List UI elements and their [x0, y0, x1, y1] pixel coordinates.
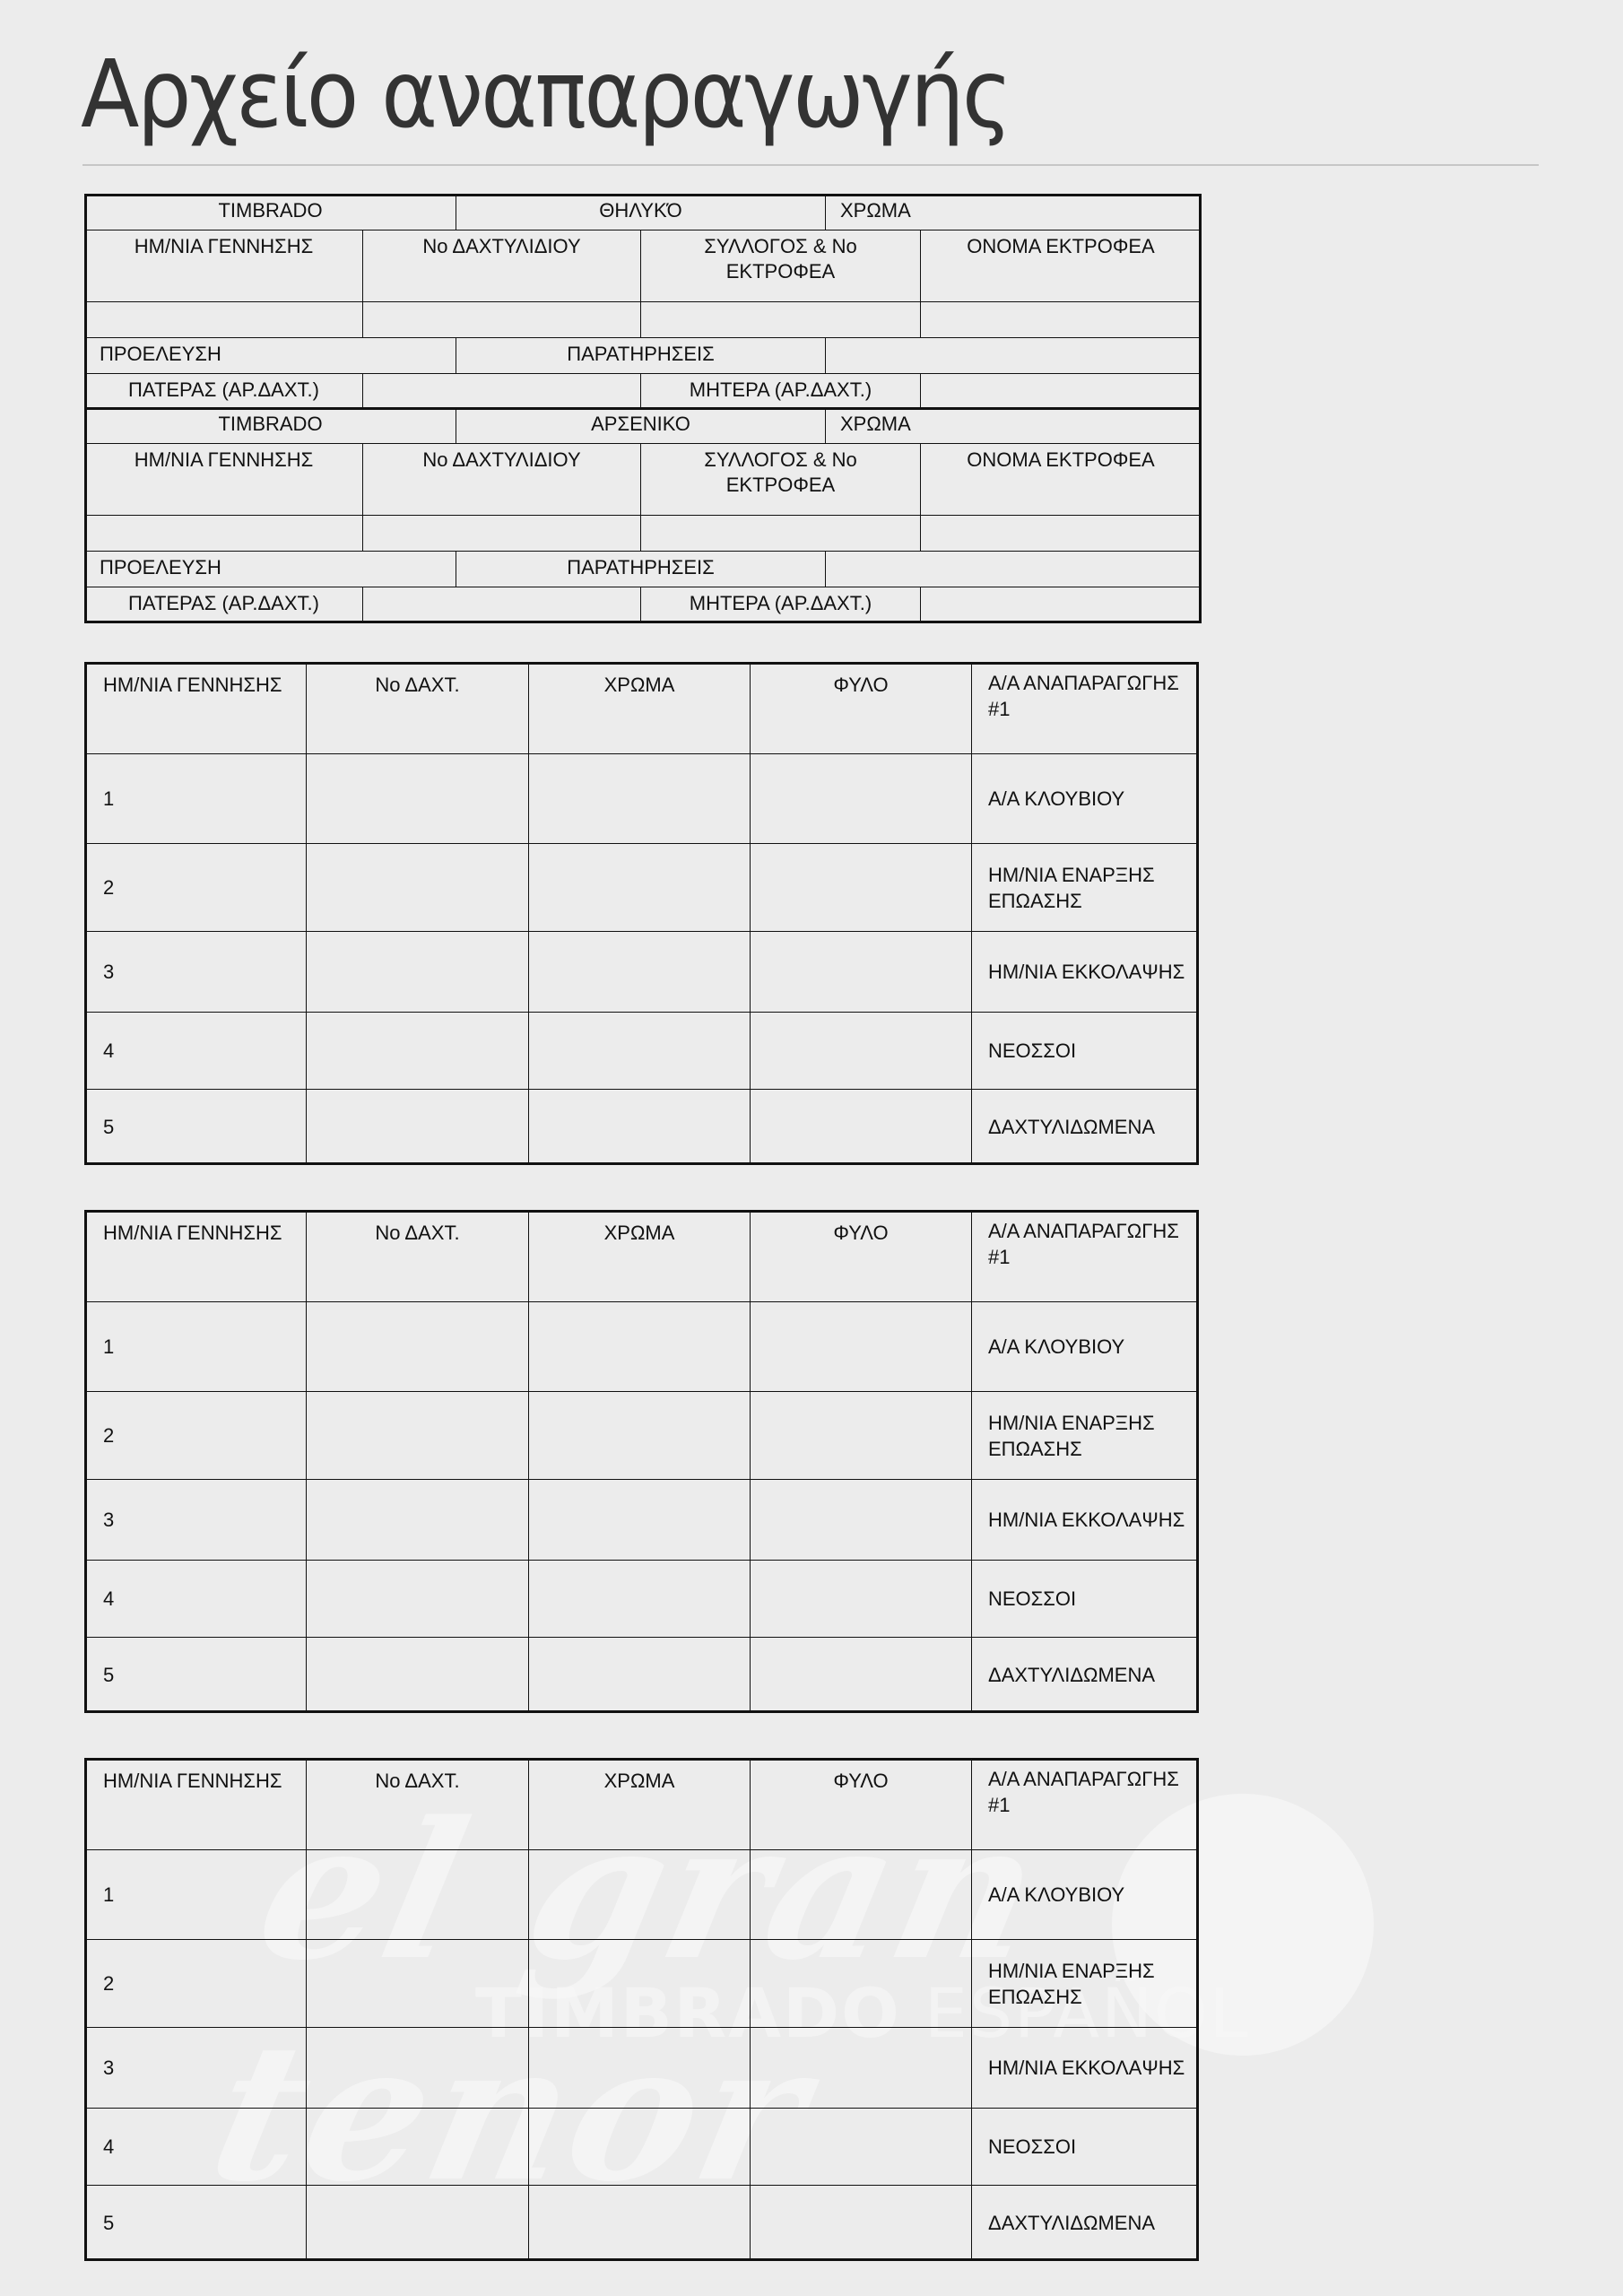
table-cell-field[interactable]	[306, 753, 529, 844]
side-label: ΝΕΟΣΣΟΙ	[971, 1012, 1199, 1090]
table-cell-field[interactable]	[306, 1637, 529, 1713]
side-label: ΗΜ/ΝΙΑ ΕΚΚΟΛΑΨΗΣ	[971, 2027, 1199, 2109]
table-cell-field[interactable]	[528, 1849, 751, 1940]
table-cell-field[interactable]	[306, 1301, 529, 1392]
table-cell-field[interactable]	[750, 2108, 972, 2186]
table-cell-field[interactable]	[750, 1560, 972, 1638]
row-number: 3	[84, 2027, 307, 2109]
ring-number-label: Νο ΔΑΧΤΥΛΙΔΙΟΥ	[362, 443, 641, 516]
row-number: 4	[84, 1012, 307, 1090]
table-cell-field[interactable]	[528, 1012, 751, 1090]
table-cell-field[interactable]	[306, 2108, 529, 2186]
column-header: ΗΜ/ΝΙΑ ΓΕΝΝΗΣΗΣ	[84, 662, 307, 754]
column-header: Νο ΔΑΧΤ.	[306, 1758, 529, 1850]
table-cell-field[interactable]	[528, 753, 751, 844]
page-title: Αρχείο αναπαραγωγής	[81, 36, 1010, 152]
column-header: Νο ΔΑΧΤ.	[306, 1210, 529, 1302]
side-label: ΗΜ/ΝΙΑ ΕΝΑΡΞΗΣ ΕΠΩΑΣΗΣ	[971, 1939, 1199, 2028]
ring-number-label: Νο ΔΑΧΤΥΛΙΔΙΟΥ	[362, 230, 641, 302]
table-cell-field[interactable]	[528, 931, 751, 1013]
side-label: Α/Α ΚΛΟΥΒΙΟΥ	[971, 1849, 1199, 1940]
title-divider	[82, 164, 1539, 166]
table-cell-field[interactable]	[528, 1391, 751, 1480]
side-label: ΔΑΧΤΥΛΙΔΩΜΕΝΑ	[971, 2185, 1199, 2261]
column-header: ΦΥΛΟ	[750, 1210, 972, 1302]
table-cell-field[interactable]	[306, 1849, 529, 1940]
column-header: Νο ΔΑΧΤ.	[306, 662, 529, 754]
column-header: ΗΜ/ΝΙΑ ΓΕΝΝΗΣΗΣ	[84, 1210, 307, 1302]
table-cell-field[interactable]	[750, 1849, 972, 1940]
mother-ring-field[interactable]	[920, 587, 1202, 623]
column-header: ΧΡΩΜΑ	[528, 662, 751, 754]
table-cell-field[interactable]	[528, 2108, 751, 2186]
row-number: 2	[84, 843, 307, 932]
side-label: ΗΜ/ΝΙΑ ΕΚΚΟΛΑΨΗΣ	[971, 1479, 1199, 1561]
notes-label: ΠΑΡΑΤΗΡΗΣΕΙΣ	[456, 551, 826, 587]
ring-number-field[interactable]	[362, 515, 641, 552]
table-cell-field[interactable]	[750, 843, 972, 932]
club-breeder-number-field[interactable]	[640, 515, 921, 552]
breeder-name-label: ΟΝΟΜΑ ΕΚΤΡΟΦΕΑ	[920, 443, 1202, 516]
table-cell-field[interactable]	[750, 1012, 972, 1090]
table-cell-field[interactable]	[750, 1637, 972, 1713]
row-number: 4	[84, 2108, 307, 2186]
club-breeder-number-field[interactable]	[640, 301, 921, 338]
father-label: ΠΑΤΕΡΑΣ (ΑΡ.ΔΑΧΤ.)	[84, 373, 363, 410]
father-label: ΠΑΤΕΡΑΣ (ΑΡ.ΔΑΧΤ.)	[84, 587, 363, 623]
side-label: ΗΜ/ΝΙΑ ΕΝΑΡΞΗΣ ΕΠΩΑΣΗΣ	[971, 1391, 1199, 1480]
row-number: 2	[84, 1391, 307, 1480]
table-cell-field[interactable]	[528, 1939, 751, 2028]
table-cell-field[interactable]	[306, 1012, 529, 1090]
row-number: 1	[84, 1301, 307, 1392]
table-cell-field[interactable]	[306, 931, 529, 1013]
notes-field[interactable]	[825, 551, 1202, 587]
table-cell-field[interactable]	[528, 1560, 751, 1638]
sex-label: ΑΡΣΕΝΙΚΟ	[456, 407, 826, 444]
table-cell-field[interactable]	[750, 1479, 972, 1561]
table-cell-field[interactable]	[306, 1560, 529, 1638]
table-cell-field[interactable]	[750, 2027, 972, 2109]
notes-field[interactable]	[825, 337, 1202, 374]
origin-field[interactable]: ΠΡΟΕΛΕΥΣΗ	[84, 337, 456, 374]
ring-number-field[interactable]	[362, 301, 641, 338]
side-label: ΝΕΟΣΣΟΙ	[971, 1560, 1199, 1638]
table-cell-field[interactable]	[750, 2185, 972, 2261]
table-cell-field[interactable]	[528, 1089, 751, 1165]
table-cell-field[interactable]	[306, 1089, 529, 1165]
side-label: Α/Α ΚΛΟΥΒΙΟΥ	[971, 1301, 1199, 1392]
column-header: ΦΥΛΟ	[750, 662, 972, 754]
breeder-name-field[interactable]	[920, 301, 1202, 338]
color-field[interactable]: ΧΡΩΜΑ	[825, 407, 1202, 444]
father-ring-field[interactable]	[362, 373, 641, 410]
table-cell-field[interactable]	[750, 1391, 972, 1480]
row-number: 3	[84, 931, 307, 1013]
row-number: 1	[84, 753, 307, 844]
table-cell-field[interactable]	[528, 2185, 751, 2261]
club-breeder-number-label: ΣΥΛΛΟΓΟΣ & Νο ΕΚΤΡΟΦΕΑ	[640, 443, 921, 516]
table-cell-field[interactable]	[750, 1301, 972, 1392]
brood-number-label: Α/Α ΑΝΑΠΑΡΑΓΩΓΗΣ #1	[971, 1210, 1199, 1302]
breed-label: TIMBRADO	[84, 194, 456, 230]
birth-date-label: ΗΜ/ΝΙΑ ΓΕΝΝΗΣΗΣ	[84, 443, 363, 516]
birth-date-field[interactable]	[84, 515, 363, 552]
column-header: ΧΡΩΜΑ	[528, 1210, 751, 1302]
row-number: 5	[84, 1637, 307, 1713]
male-record: TIMBRADOΑΡΣΕΝΙΚΟΧΡΩΜΑΗΜ/ΝΙΑ ΓΕΝΝΗΣΗΣΝο Δ…	[84, 407, 1201, 622]
side-label: ΔΑΧΤΥΛΙΔΩΜΕΝΑ	[971, 1089, 1199, 1165]
table-cell-field[interactable]	[306, 2185, 529, 2261]
side-label: ΗΜ/ΝΙΑ ΕΝΑΡΞΗΣ ΕΠΩΑΣΗΣ	[971, 843, 1199, 932]
table-cell-field[interactable]	[528, 1479, 751, 1561]
table-cell-field[interactable]	[528, 843, 751, 932]
row-number: 4	[84, 1560, 307, 1638]
table-cell-field[interactable]	[306, 1939, 529, 2028]
table-cell-field[interactable]	[750, 1939, 972, 2028]
column-header: ΗΜ/ΝΙΑ ΓΕΝΝΗΣΗΣ	[84, 1758, 307, 1850]
brood-number-label: Α/Α ΑΝΑΠΑΡΑΓΩΓΗΣ #1	[971, 1758, 1199, 1850]
column-header: ΧΡΩΜΑ	[528, 1758, 751, 1850]
origin-field[interactable]: ΠΡΟΕΛΕΥΣΗ	[84, 551, 456, 587]
color-field[interactable]: ΧΡΩΜΑ	[825, 194, 1202, 230]
row-number: 2	[84, 1939, 307, 2028]
table-cell-field[interactable]	[528, 2027, 751, 2109]
mother-ring-field[interactable]	[920, 373, 1202, 410]
brood-number-label: Α/Α ΑΝΑΠΑΡΑΓΩΓΗΣ #1	[971, 662, 1199, 754]
table-cell-field[interactable]	[528, 1637, 751, 1713]
birth-date-label: ΗΜ/ΝΙΑ ΓΕΝΝΗΣΗΣ	[84, 230, 363, 302]
breeder-name-label: ΟΝΟΜΑ ΕΚΤΡΟΦΕΑ	[920, 230, 1202, 302]
notes-label: ΠΑΡΑΤΗΡΗΣΕΙΣ	[456, 337, 826, 374]
table-cell-field[interactable]	[306, 1391, 529, 1480]
side-label: ΔΑΧΤΥΛΙΔΩΜΕΝΑ	[971, 1637, 1199, 1713]
table-cell-field[interactable]	[750, 753, 972, 844]
club-breeder-number-label: ΣΥΛΛΟΓΟΣ & Νο ΕΚΤΡΟΦΕΑ	[640, 230, 921, 302]
mother-label: ΜΗΤΕΡΑ (ΑΡ.ΔΑΧΤ.)	[640, 373, 921, 410]
row-number: 5	[84, 2185, 307, 2261]
side-label: ΝΕΟΣΣΟΙ	[971, 2108, 1199, 2186]
mother-label: ΜΗΤΕΡΑ (ΑΡ.ΔΑΧΤ.)	[640, 587, 921, 623]
breeder-name-field[interactable]	[920, 515, 1202, 552]
sex-label: ΘΗΛΥΚΌ	[456, 194, 826, 230]
female-record: TIMBRADOΘΗΛΥΚΌΧΡΩΜΑΗΜ/ΝΙΑ ΓΕΝΝΗΣΗΣΝο ΔΑΧ…	[84, 194, 1201, 409]
row-number: 1	[84, 1849, 307, 1940]
father-ring-field[interactable]	[362, 587, 641, 623]
table-cell-field[interactable]	[306, 1479, 529, 1561]
table-cell-field[interactable]	[306, 2027, 529, 2109]
side-label: ΗΜ/ΝΙΑ ΕΚΚΟΛΑΨΗΣ	[971, 931, 1199, 1013]
table-cell-field[interactable]	[750, 931, 972, 1013]
breed-label: TIMBRADO	[84, 407, 456, 444]
row-number: 3	[84, 1479, 307, 1561]
row-number: 5	[84, 1089, 307, 1165]
table-cell-field[interactable]	[306, 843, 529, 932]
table-cell-field[interactable]	[528, 1301, 751, 1392]
birth-date-field[interactable]	[84, 301, 363, 338]
table-cell-field[interactable]	[750, 1089, 972, 1165]
side-label: Α/Α ΚΛΟΥΒΙΟΥ	[971, 753, 1199, 844]
column-header: ΦΥΛΟ	[750, 1758, 972, 1850]
